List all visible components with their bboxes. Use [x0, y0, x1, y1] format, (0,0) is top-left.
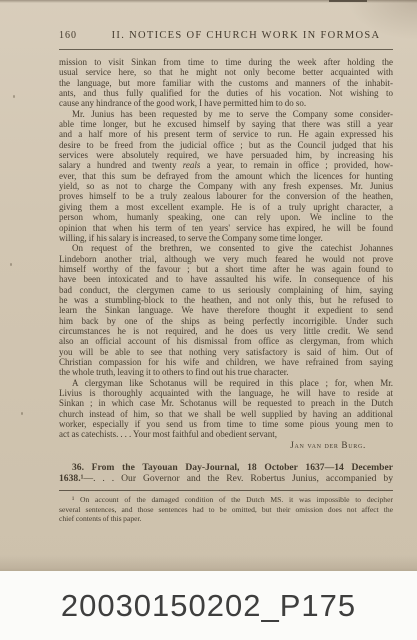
page-speckle — [10, 263, 12, 266]
text-line: services were absolutely required, we ha… — [59, 150, 393, 160]
text-line: willing, if his salary is increased, to … — [59, 233, 393, 243]
signature-jan-van-der-burg: Jan van der Burg. — [59, 440, 393, 450]
text-line: circumstances he is not required, and he… — [59, 326, 393, 336]
text-line: person whom, humanly speaking, one can r… — [59, 212, 393, 222]
text-line: opinion that when his term of ten years'… — [59, 223, 393, 233]
text-line: ¹ On account of the damaged condition of… — [59, 495, 393, 504]
text-line: bad conduct, the clergymen came to us se… — [59, 285, 393, 295]
text-line: him back by one of the ships as being pe… — [59, 316, 393, 326]
text-line: desire to be freed from the judicial off… — [59, 140, 393, 150]
text-line: cause any hindrance of the good work, I … — [59, 98, 393, 108]
text-line: the whole truth, leaving it to others to… — [59, 367, 393, 377]
text-line: yield, so as not to charge the Company w… — [59, 181, 393, 191]
text-line: Sinkan ; in which case Mr. Schotanus wil… — [59, 398, 393, 408]
paragraph-schotanus: A clergyman like Schotanus will be requi… — [59, 378, 393, 440]
text-line: act as catechists. . . . Your most faith… — [59, 429, 393, 439]
text-line: mission to visit Sinkan from time to tim… — [59, 57, 393, 67]
page-number: 160 — [59, 30, 99, 41]
text-line: Christian compassion for his wife and ch… — [59, 357, 393, 367]
paragraph-lindeborn: On request of the brethren, we consented… — [59, 243, 393, 377]
text-line: church instead of him, so that we shall … — [59, 409, 393, 419]
section-heading: 36. From the Tayouan Day-Journal, 18 Oct… — [59, 462, 393, 484]
footnote: ¹ On account of the damaged condition of… — [59, 495, 393, 523]
text-line: salary a hundred and twenty reals a year… — [59, 160, 393, 170]
text-line: Livius is thoroughly acquainted with the… — [59, 388, 393, 398]
page-speckle — [21, 412, 23, 415]
paragraph-mission-sinkan: mission to visit Sinkan from time to tim… — [59, 57, 393, 109]
text-line: Lindeborn another trial, although we ver… — [59, 254, 393, 264]
label-strip: 20030150202_P175 — [0, 571, 417, 640]
text-line: learn the Sinkan language. We have there… — [59, 305, 393, 315]
scanned-page: 160 II. NOTICES OF CHURCH WORK IN FORMOS… — [0, 0, 417, 640]
section-heading-line2: 1638.¹—. . . Our Governor and the Rev. R… — [59, 473, 393, 484]
text-line: ants, and thus fully qualified for the d… — [59, 88, 393, 98]
text-line: A clergyman like Schotanus will be requi… — [59, 378, 393, 388]
paragraph-junius-service: Mr. Junius has been requested by me to s… — [59, 109, 393, 243]
footnote-rule — [59, 490, 393, 491]
section-heading-title: 36. From the Tayouan Day-Journal, 18 Oct… — [72, 462, 393, 473]
running-title: II. NOTICES OF CHURCH WORK IN FORMOSA — [99, 30, 393, 41]
text-line: you will be able to see that nothing ver… — [59, 347, 393, 357]
text-line: he was a stumbling-block to the heathen,… — [59, 295, 393, 305]
section-heading-date: 1638.¹ — [59, 473, 83, 484]
text-line: the language, but more familiar with the… — [59, 78, 393, 88]
page-bottom-shadow — [0, 555, 417, 571]
text-line: Mr. Junius has been requested by me to s… — [59, 109, 393, 119]
text-line: able time longer, but he excused himself… — [59, 119, 393, 129]
text-line: chief contents of this paper. — [59, 514, 393, 523]
text-line: himself worthy of the favour ; but a sho… — [59, 264, 393, 274]
text-line: also an official account of his dismissa… — [59, 336, 393, 346]
section-heading-lead-text: —. . . Our Governor and the Rev. Robertu… — [83, 473, 393, 484]
text-line: several sentences, and those sentences h… — [59, 505, 393, 514]
text-line: ever, that this sum be defrayed from the… — [59, 171, 393, 181]
body-text: mission to visit Sinkan from time to tim… — [59, 57, 393, 450]
running-head: 160 II. NOTICES OF CHURCH WORK IN FORMOS… — [59, 30, 393, 45]
header-rule — [59, 49, 393, 50]
page-speckle — [13, 95, 15, 98]
text-line: worker, especially if you send us from t… — [59, 419, 393, 429]
text-line: and a half more of his present term of s… — [59, 129, 393, 139]
text-line: usual service here, so that he might not… — [59, 67, 393, 77]
section-heading-line1: 36. From the Tayouan Day-Journal, 18 Oct… — [59, 462, 393, 473]
scan-id-label: 20030150202_P175 — [0, 588, 417, 624]
text-line: proves himself to be a truly zealous lab… — [59, 191, 393, 201]
text-line: On request of the brethren, we consented… — [59, 243, 393, 253]
page-content: 160 II. NOTICES OF CHURCH WORK IN FORMOS… — [59, 30, 393, 524]
text-line: giving them a most excellent example. He… — [59, 202, 393, 212]
text-line: have been intoxicated and to have assaul… — [59, 274, 393, 284]
